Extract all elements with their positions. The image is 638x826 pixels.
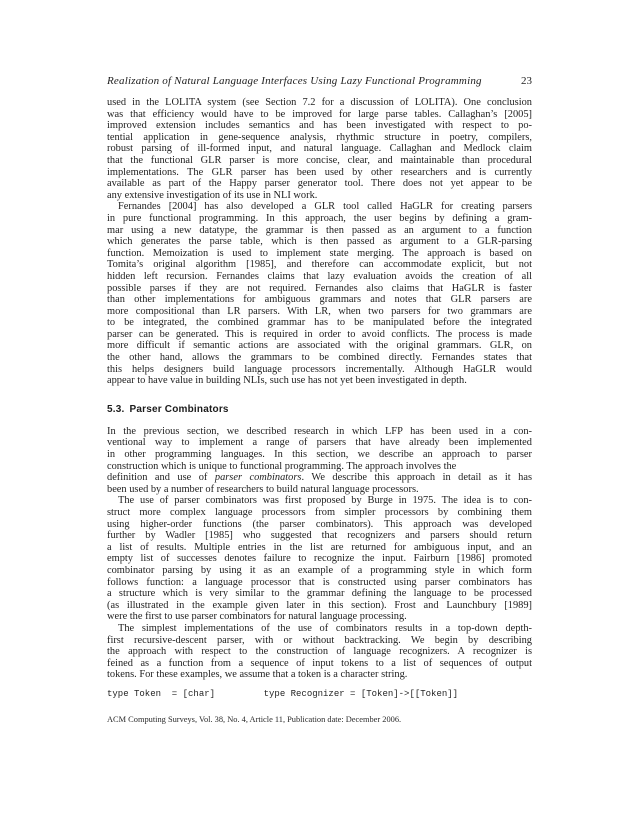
- text-line: mar using a new datatype, the grammar is…: [107, 225, 532, 237]
- code-snippet: type Token = [char] type Recognizer = [T…: [107, 688, 532, 700]
- text-line: more compositional than LR parsers. With…: [107, 306, 532, 318]
- running-header: Realization of Natural Language Interfac…: [107, 75, 532, 88]
- text-line: empty list of successes denotes failure …: [107, 553, 532, 565]
- italic-term: parser combinators: [215, 472, 302, 483]
- page-number: 23: [509, 75, 532, 88]
- text-line: further by Wadler [1985] who suggested t…: [107, 530, 532, 542]
- text-line: available as part of the Happy parser ge…: [107, 178, 532, 190]
- text-line: in pure functional programming. In this …: [107, 213, 532, 225]
- document-page: Realization of Natural Language Interfac…: [0, 0, 638, 826]
- paragraph-3-lines: In the previous section, we described re…: [107, 426, 532, 472]
- text-line: Fernandes [2004] has also developed a GL…: [107, 201, 532, 213]
- text-line: appear to have value in building NLIs, s…: [107, 375, 532, 387]
- text-segment: definition and use of: [107, 472, 215, 483]
- text-line: combinator parsing by using it as an exa…: [107, 565, 532, 577]
- text-line: definition and use of parser combinators…: [107, 472, 532, 484]
- text-line: In the previous section, we described re…: [107, 426, 532, 438]
- text-line: The use of parser combinators was first …: [107, 495, 532, 507]
- text-line: this helps designers build language proc…: [107, 364, 532, 376]
- text-line: the approach with respect to the constru…: [107, 646, 532, 658]
- text-line: first recursive-descent parser, with or …: [107, 635, 532, 647]
- text-line: function. Memoization is used to impleme…: [107, 248, 532, 260]
- text-line: been used by a number of researchers to …: [107, 484, 532, 496]
- text-line: than other implementations for ambiguous…: [107, 294, 532, 306]
- text-line: possible parses if they are not required…: [107, 283, 532, 295]
- text-line: robust parsing of ill-formed input, and …: [107, 143, 532, 155]
- text-segment: . We describe this approach in detail as…: [301, 472, 532, 483]
- section-number: 5.3.: [107, 404, 124, 415]
- text-line: construction which is unique to function…: [107, 461, 532, 473]
- text-line: Tomita’s original algorithm [1985], and …: [107, 259, 532, 271]
- text-line: struct more complex language processors …: [107, 507, 532, 519]
- section-title: Parser Combinators: [129, 404, 228, 415]
- text-line: feined as a function from a sequence of …: [107, 658, 532, 670]
- text-line: to be integrated, the combined grammar h…: [107, 317, 532, 329]
- text-line: the other hand, allows the grammars to b…: [107, 352, 532, 364]
- paragraph-4: The use of parser combinators was first …: [107, 495, 532, 623]
- text-line: hidden left recursion. Fernandes claims …: [107, 271, 532, 283]
- text-line: more difficult if semantic actions are a…: [107, 340, 532, 352]
- text-line: a structure which is very similar to the…: [107, 588, 532, 600]
- text-line: which generates the parse table, which i…: [107, 236, 532, 248]
- paragraph-5: The simplest implementations of the use …: [107, 623, 532, 681]
- paragraph-1: used in the LOLITA system (see Section 7…: [107, 97, 532, 201]
- footer-citation: ACM Computing Surveys, Vol. 38, No. 4, A…: [107, 715, 532, 725]
- paragraph-2: Fernandes [2004] has also developed a GL…: [107, 201, 532, 387]
- text-line: improved extension includes semantics an…: [107, 120, 532, 132]
- text-line: any extensive investigation of its use i…: [107, 190, 532, 202]
- text-line: parser can be generated. This is require…: [107, 329, 532, 341]
- text-line: was that efficiency would have to be imp…: [107, 109, 532, 121]
- text-line: in other programming languages. In this …: [107, 449, 532, 461]
- text-line: tential application in gene-sequence ana…: [107, 132, 532, 144]
- text-line: a list of results. Multiple entries in t…: [107, 542, 532, 554]
- text-line: (as illustrated in the example given lat…: [107, 600, 532, 612]
- text-line: used in the LOLITA system (see Section 7…: [107, 97, 532, 109]
- text-line: were the first to use parser combinators…: [107, 611, 532, 623]
- text-line: ventional way to implement a range of pa…: [107, 437, 532, 449]
- paragraph-3: In the previous section, we described re…: [107, 426, 532, 496]
- text-line: implementations. The GLR parser has been…: [107, 167, 532, 179]
- text-line: using higher-order functions (the parser…: [107, 519, 532, 531]
- text-line: that the functional GLR parser is more c…: [107, 155, 532, 167]
- text-line: follows function: a language processor t…: [107, 577, 532, 589]
- text-column: Realization of Natural Language Interfac…: [107, 0, 532, 725]
- paper-title: Realization of Natural Language Interfac…: [107, 75, 482, 88]
- text-line: tokens. For these examples, we assume th…: [107, 669, 532, 681]
- section-heading: 5.3.Parser Combinators: [107, 403, 532, 416]
- text-line: The simplest implementations of the use …: [107, 623, 532, 635]
- body-text: used in the LOLITA system (see Section 7…: [107, 97, 532, 700]
